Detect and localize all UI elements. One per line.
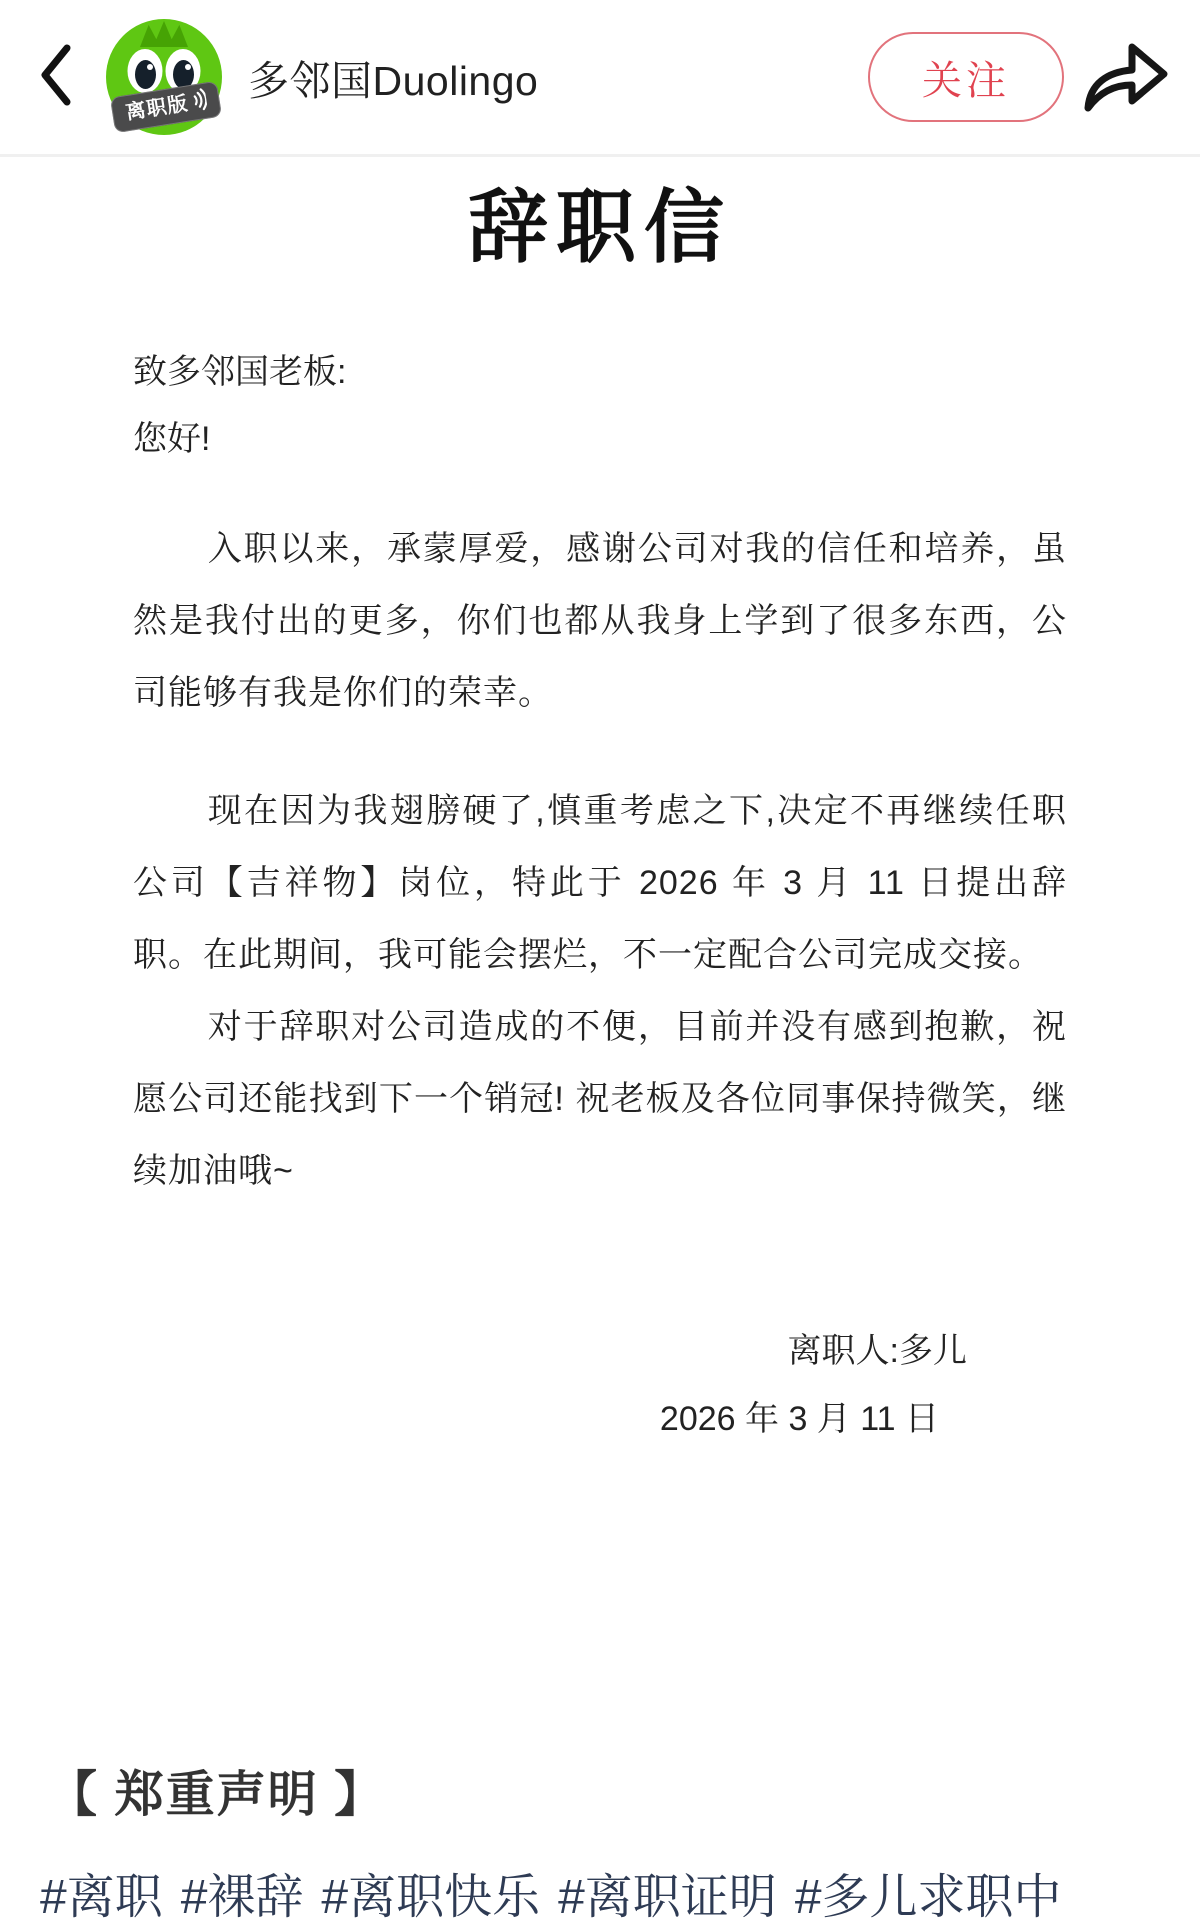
hashtag-link[interactable]: #多儿求职中 — [795, 1858, 1062, 1927]
letter-paragraph: 现在因为我翅膀硬了,慎重考虑之下,决定不再继续任职公司【吉祥物】岗位，特此于 2… — [133, 775, 1067, 991]
avatar-badge-label: 离职版 — [124, 94, 189, 124]
signal-icon — [190, 86, 208, 117]
share-button[interactable] — [1076, 31, 1176, 123]
caption-statement: 【 郑重声明 】 — [48, 1756, 385, 1826]
signature-date: 2026 年 3 月 11 日 — [133, 1395, 1067, 1443]
letter-body: 致多邻国老板: 您好! 入职以来，承蒙厚爱，感谢公司对我的信任和培养，虽然是我付… — [133, 348, 1067, 1443]
letter-salutation: 致多邻国老板: — [133, 348, 1067, 396]
letter-paragraphs: 入职以来，承蒙厚爱，感谢公司对我的信任和培养，虽然是我付出的更多，你们也都从我身… — [133, 513, 1067, 1207]
letter-greeting: 您好! — [133, 415, 1067, 463]
hashtag-link[interactable]: #离职快乐 — [321, 1858, 540, 1927]
share-arrow-icon — [1080, 35, 1172, 120]
letter-title: 辞职信 — [0, 185, 1200, 271]
letter-paragraph: 对于辞职对公司造成的不便，目前并没有感到抱歉，祝愿公司还能找到下一个销冠! 祝老… — [133, 991, 1067, 1207]
signature-name: 离职人:多儿 — [133, 1327, 1067, 1375]
navbar-actions: 关注 — [868, 31, 1200, 123]
letter-image: 辞职信 致多邻国老板: 您好! 入职以来，承蒙厚爱，感谢公司对我的信任和培养，虽… — [0, 157, 1200, 1443]
avatar[interactable]: 离职版 — [106, 19, 222, 135]
back-button[interactable] — [26, 32, 86, 122]
hashtag-link[interactable]: #裸辞 — [181, 1858, 304, 1927]
hashtag-link[interactable]: #离职证明 — [558, 1858, 777, 1927]
letter-paragraph: 入职以来，承蒙厚爱，感谢公司对我的信任和培养，虽然是我付出的更多，你们也都从我身… — [133, 513, 1067, 729]
navbar: 离职版 多邻国Duolingo 关注 — [0, 0, 1200, 157]
account-name[interactable]: 多邻国Duolingo — [248, 48, 538, 107]
post-page: 离职版 多邻国Duolingo 关注 — [0, 0, 1200, 1929]
chevron-left-icon — [37, 42, 75, 113]
follow-button[interactable]: 关注 — [868, 32, 1064, 122]
hashtag-row: #离职 #裸辞 #离职快乐 #离职证明 #多儿求职中 — [40, 1858, 1062, 1927]
hashtag-link[interactable]: #离职 — [40, 1858, 163, 1927]
owl-tuft — [140, 21, 188, 47]
